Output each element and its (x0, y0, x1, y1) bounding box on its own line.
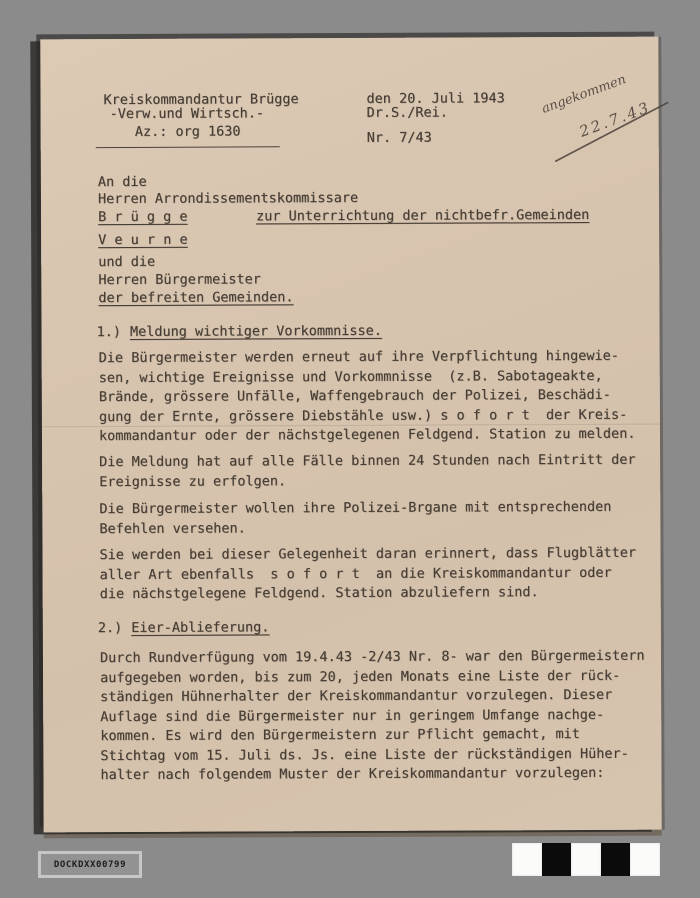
section-1-paragraph-3: Die Bürgermeister wollen ihre Polizei-Br… (99, 498, 611, 539)
handwritten-date-text: 22.7.43 (576, 98, 653, 141)
calibration-square-black (601, 843, 631, 876)
section-1-paragraph-1: Die Bürgermeister werden erneut auf ihre… (99, 347, 636, 447)
recipient-line-5: der befreiten Gemeinden. (98, 288, 293, 308)
document-paper: Kreiskommandantur Brügge -Verw.und Wirts… (40, 37, 661, 833)
section-2-heading: 2.)Eier-Ablieferung. (98, 618, 270, 638)
calibration-square-white (571, 843, 601, 876)
recipient-line-3: und die (98, 253, 155, 273)
archive-label: DOCKDXX00799 (38, 851, 142, 878)
scan-background: Kreiskommandantur Brügge -Verw.und Wirts… (0, 0, 700, 898)
handwritten-annotation: angekommen 22.7.43 (531, 66, 700, 185)
letterhead-signer-ref: Dr.S./Rei. (367, 104, 448, 124)
calibration-square-white (512, 843, 542, 876)
section-2-paragraph-1: Durch Rundverfügung vom 19.4.43 -2/43 Nr… (100, 647, 645, 786)
calibration-square-white (630, 843, 660, 876)
section-2-number: 2.) (98, 620, 122, 636)
section-1-paragraph-4: Sie werden bei dieser Gelegenheit daran … (99, 544, 636, 605)
section-1-heading: 1.)Meldung wichtiger Vorkommnisse. (97, 322, 382, 343)
section-1-paragraph-2: Die Meldung hat auf alle Fälle binnen 24… (99, 451, 636, 492)
recipient-note-right: zur Unterrichtung der nichtbefr.Gemeinde… (256, 206, 589, 227)
recipient-city-veurne: V e u r n e (98, 231, 187, 251)
calibration-strip (512, 843, 660, 876)
letterhead-file-ref: Az.: org 1630 (96, 122, 280, 147)
section-1-number: 1.) (97, 324, 121, 340)
recipient-city-brugge: B r ü g g e (98, 208, 187, 228)
calibration-square-black (542, 843, 572, 876)
section-1-title: Meldung wichtiger Vorkommnisse. (130, 323, 382, 340)
section-2-title: Eier-Ablieferung. (131, 619, 269, 636)
letterhead-number: Nr. 7/43 (367, 129, 432, 149)
